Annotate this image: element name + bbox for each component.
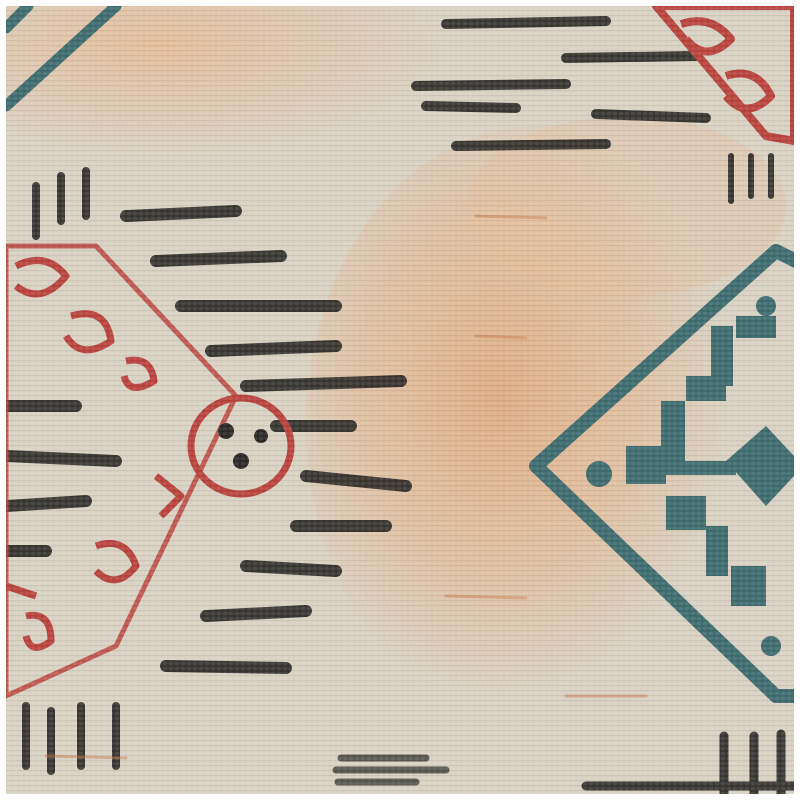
fabric-illustration	[6, 6, 794, 794]
weave-texture	[6, 6, 794, 794]
fabric-photo: Printed canvas fabric with teal, red and…	[6, 6, 794, 794]
